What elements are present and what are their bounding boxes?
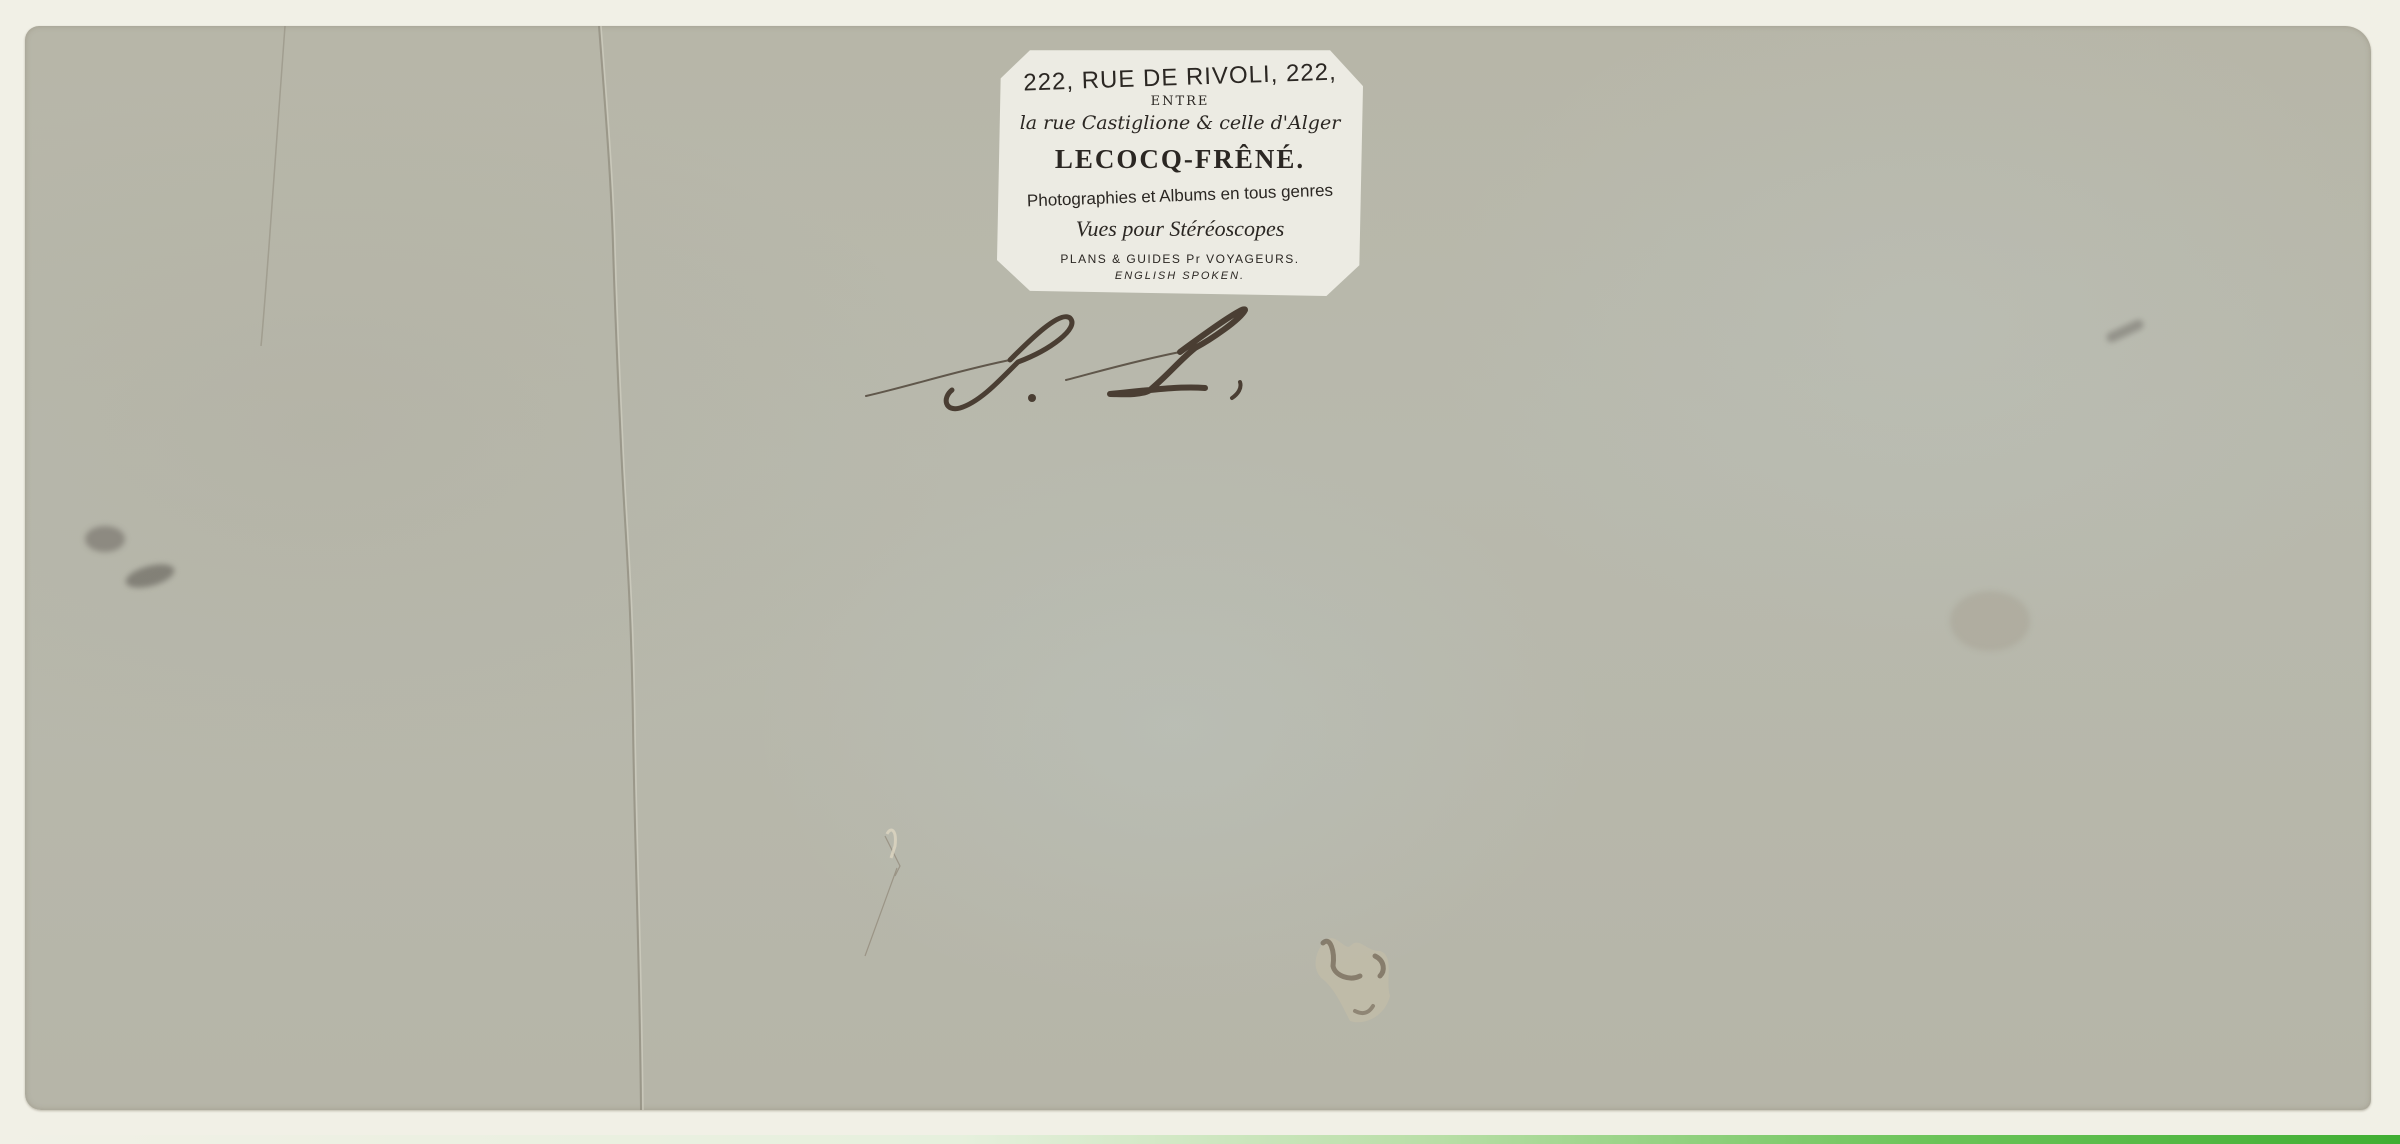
label-english-spoken: ENGLISH SPOKEN. bbox=[997, 270, 1363, 282]
ink-smudge bbox=[85, 526, 125, 552]
label-address: 222, RUE DE RIVOLI, 222, bbox=[997, 58, 1364, 99]
loading-progress-bar bbox=[0, 1135, 2400, 1144]
label-streets: la rue Castiglione & celle d'Alger bbox=[997, 112, 1363, 134]
photographer-label: 222, RUE DE RIVOLI, 222, ENTRE la rue Ca… bbox=[997, 40, 1363, 296]
pencil-mark bbox=[2105, 318, 2145, 344]
label-entre: ENTRE bbox=[997, 94, 1363, 109]
ink-smudge bbox=[123, 560, 176, 592]
signature-strokes bbox=[850, 290, 1270, 430]
ink-stain bbox=[1305, 931, 1405, 1031]
signature-text: S. L. bbox=[850, 290, 852, 291]
paper-crease bbox=[581, 26, 651, 1110]
label-plans-guides: PLANS & GUIDES Pr VOYAGEURS. bbox=[997, 252, 1363, 266]
label-photographer-name: LECOCQ-FRÊNÉ. bbox=[997, 144, 1363, 175]
stain bbox=[1950, 591, 2030, 651]
paper-crease bbox=[255, 26, 295, 346]
label-stereoscope-views: Vues pour Stéréoscopes bbox=[997, 216, 1363, 242]
tear-mark bbox=[825, 806, 965, 966]
handwritten-initials: S. L. bbox=[850, 290, 1270, 430]
label-photographs-albums: Photographies et Albums en tous genres bbox=[997, 180, 1363, 213]
